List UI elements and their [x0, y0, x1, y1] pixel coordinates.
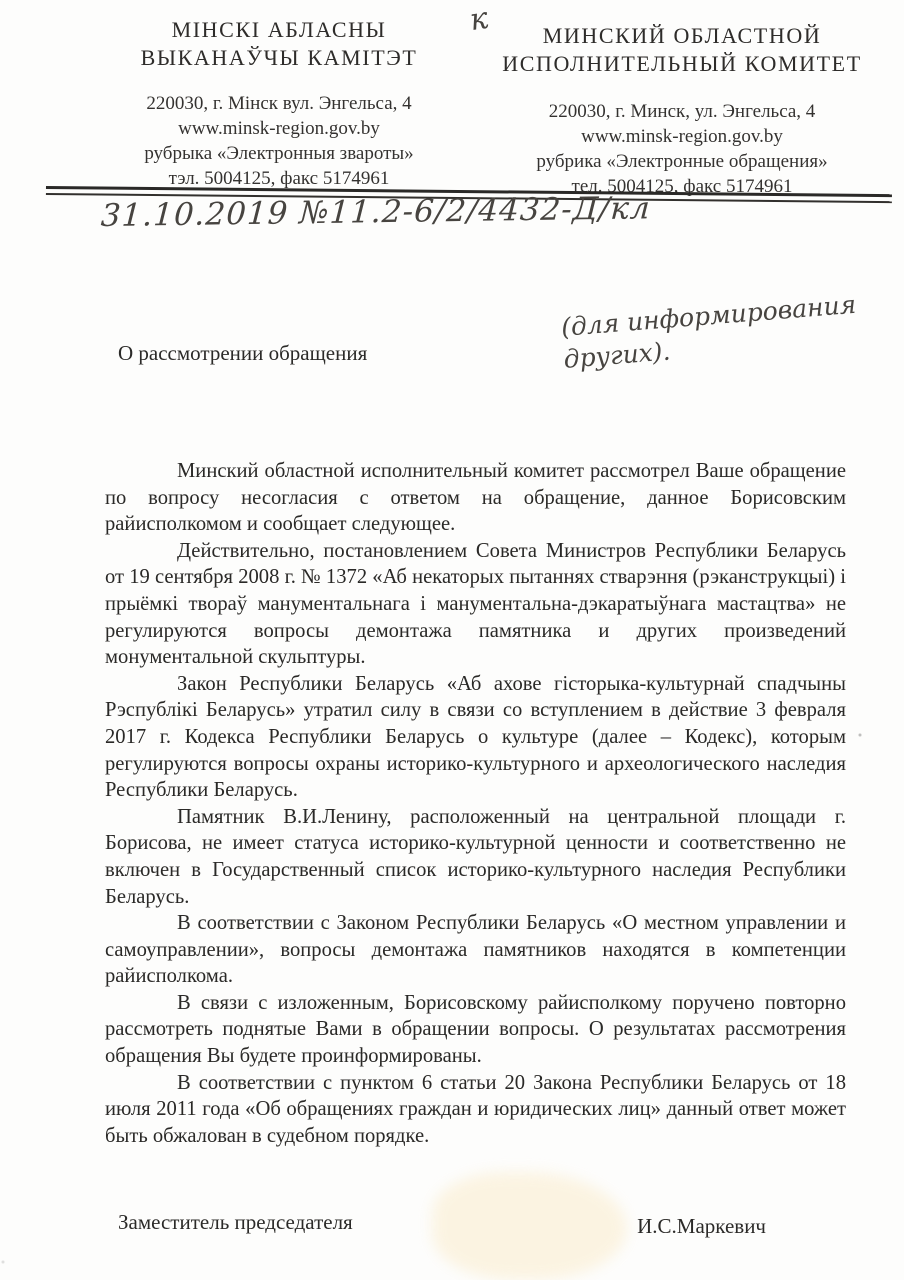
- body-paragraph: Минский областной исполнительный комитет…: [105, 458, 846, 538]
- scanned-letter-page: МІНСКІ АБЛАСНЫ ВЫКАНАЎЧЫ КАМІТЭТ 220030,…: [0, 0, 904, 1280]
- org-name-line: ИСПОЛНИТЕЛЬНЫЙ КОМИТЕТ: [468, 50, 896, 78]
- body-paragraph: Действительно, постановлением Совета Мин…: [105, 538, 846, 671]
- subject-line: О рассмотрении обращения: [118, 341, 367, 366]
- body-paragraph: Закон Республики Беларусь «Аб ахове гіст…: [105, 671, 846, 804]
- body-paragraph: Памятник В.И.Ленину, расположенный на це…: [105, 804, 846, 910]
- org-website: www.minsk-region.gov.by: [88, 116, 470, 141]
- org-address-line: рубрика «Электронные обращения»: [468, 149, 896, 174]
- org-name-line: МІНСКІ АБЛАСНЫ: [88, 16, 470, 44]
- org-name-line: МИНСКИЙ ОБЛАСТНОЙ: [468, 22, 896, 50]
- letterhead-russian: МИНСКИЙ ОБЛАСТНОЙ ИСПОЛНИТЕЛЬНЫЙ КОМИТЕТ…: [468, 22, 896, 199]
- body-paragraph: В связи с изложенным, Борисовскому райис…: [105, 990, 846, 1070]
- handwritten-reference-number: 31.10.2019 №11.2-6/2/4432-Д/кл: [100, 190, 652, 234]
- letter-body: Минский областной исполнительный комитет…: [105, 458, 846, 1149]
- pen-mark: к: [468, 1, 491, 38]
- signature-block: Заместитель председателя И.С.Маркевич: [118, 1210, 846, 1235]
- body-paragraph: В соответствии с Законом Республики Бела…: [105, 910, 846, 990]
- body-paragraph: В соответствии с пунктом 6 статьи 20 Зак…: [105, 1070, 846, 1150]
- org-address-line: 220030, г. Минск, ул. Энгельса, 4: [468, 99, 896, 124]
- letterhead-belarusian: МІНСКІ АБЛАСНЫ ВЫКАНАЎЧЫ КАМІТЭТ 220030,…: [88, 16, 470, 191]
- handwritten-margin-note: (для информирования других).: [560, 285, 904, 375]
- org-website: www.minsk-region.gov.by: [468, 124, 896, 149]
- org-address-line: 220030, г. Мінск вул. Энгельса, 4: [88, 91, 470, 116]
- org-name-line: ВЫКАНАЎЧЫ КАМІТЭТ: [88, 44, 470, 72]
- signature-title: Заместитель председателя: [118, 1210, 353, 1234]
- org-address-line: рубрыка «Электронныя звароты»: [88, 141, 470, 166]
- signature-name: И.С.Маркевич: [637, 1214, 766, 1239]
